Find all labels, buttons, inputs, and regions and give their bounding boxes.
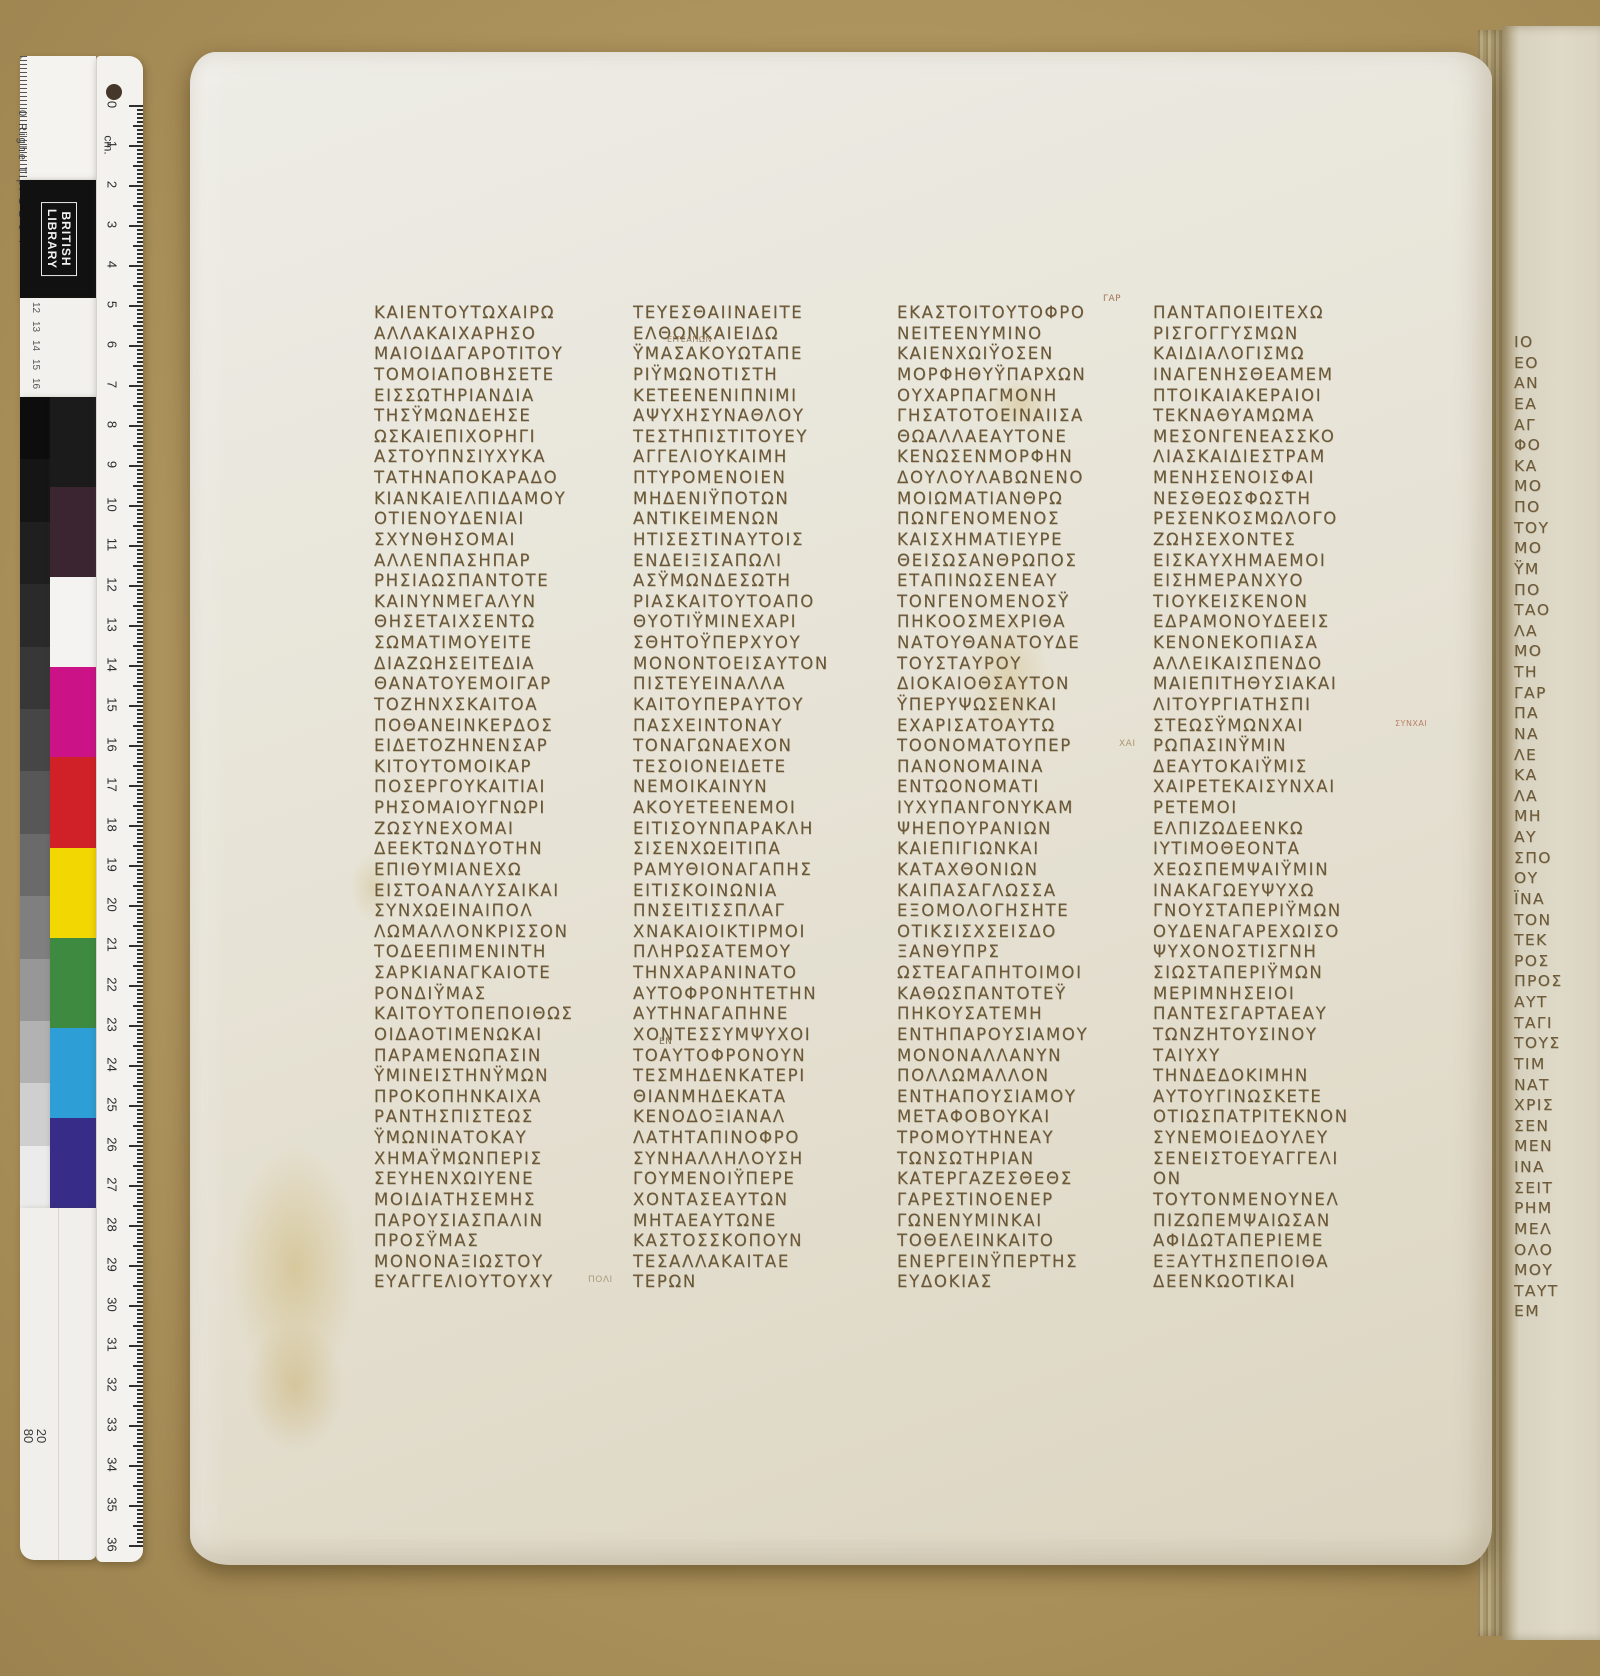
manuscript-line: ΓΟΥΜΕΝΟΙΫΠΕΡΕ [633, 1169, 895, 1190]
ruler-tick [137, 297, 143, 299]
ruler-tick [137, 1393, 143, 1395]
ruler-tick [137, 149, 143, 151]
ruler-tick [137, 1401, 143, 1403]
ruler-tick [133, 405, 143, 407]
ruler-tick [133, 605, 143, 607]
ruler-tick [137, 361, 143, 363]
manuscript-line: ΗΤΙΣΕΣΤΙΝΑΥΤΟΙΣ [633, 530, 895, 551]
ruler-tick [133, 1445, 143, 1447]
manuscript-line: ΟΥΔΕΝΑΓΑΡΕΧΩΙΣΟ [1153, 922, 1415, 943]
manuscript-line: ΚΕΝΟΔΟΞΙΑΝΑΛ [633, 1107, 895, 1128]
manuscript-line: ΔΙΟΚΑΙΟΘΣΑΥΤΟΝ [897, 674, 1159, 695]
cm-number: 6 [105, 334, 120, 356]
ruler-tick [137, 1129, 143, 1131]
ruler-tick [137, 269, 143, 271]
ruler-tick [133, 1125, 143, 1127]
ruler-tick [137, 389, 143, 391]
manuscript-line: ΙΝΑΓΕΝΗΣΘΕΑΜΕΜ [1153, 365, 1415, 386]
manuscript-line: ΤΗΝΔΕΔΟΚΙΜΗΝ [1153, 1066, 1415, 1087]
ruler-tick [137, 549, 143, 551]
ruler-tick [137, 257, 143, 259]
ruler-tick [137, 281, 143, 283]
manuscript-line: ΣΥΝΗΑΛΛΗΛΟΥΣΗ [633, 1149, 895, 1170]
ruler-tick [137, 1037, 143, 1039]
manuscript-line: ΕΙΔΕΤΟΖΗΝΕΝΣΑΡ [374, 736, 636, 757]
ruler-tick [129, 905, 143, 907]
grayscale-step [20, 397, 50, 459]
marginal-annotation: ΓΑΡ [1103, 294, 1121, 304]
color-patch-indigo [50, 1118, 97, 1208]
ruler-tick [137, 1449, 143, 1451]
manuscript-line: ΧΑΙΡΕΤΕΚΑΙΣΥΝΧΑΙ [1153, 777, 1415, 798]
ruler-tick [129, 1265, 143, 1267]
manuscript-line: ΚΑΙΔΙΑΛΟΓΙΣΜΩ [1153, 344, 1415, 365]
ruler-tick [137, 857, 143, 859]
ruler-tick [137, 501, 143, 503]
ruler-tick [137, 1469, 143, 1471]
manuscript-line: ΤΗ [1514, 662, 1600, 683]
ruler-tick [137, 933, 143, 935]
mini-ruler-mid: 1213141516 [20, 298, 96, 397]
ruler-tick [137, 1501, 143, 1503]
ruler-tick [137, 1413, 143, 1415]
ruler-tick [133, 165, 143, 167]
ruler-tick [137, 737, 143, 739]
manuscript-line: ΡΕΤΕΜΟΙ [1153, 798, 1415, 819]
ruler-tick [137, 177, 143, 179]
ruler-tick [137, 1273, 143, 1275]
ruler-tick [137, 229, 143, 231]
manuscript-line: ΠΤΥΡΟΜΕΝΟΙΕΝ [633, 468, 895, 489]
ruler-tick [137, 1293, 143, 1295]
manuscript-line: ΛΑΤΗΤΑΠΙΝΟΦΡΟ [633, 1128, 895, 1149]
cm-number: 13 [105, 614, 120, 636]
ruler-tick [137, 609, 143, 611]
cm-number: 11 [105, 534, 120, 556]
manuscript-line: ΕΜ [1514, 1301, 1600, 1322]
ruler-tick [137, 1097, 143, 1099]
marginal-annotation: ΧΑΙ [1119, 739, 1135, 749]
manuscript-line: ΤΗΝΧΑΡΑΝΙΝΑΤΟ [633, 963, 895, 984]
cm-number: 25 [105, 1094, 120, 1116]
manuscript-line: ΣΠΟ [1514, 848, 1600, 869]
manuscript-line: ΕΝΤΩΟΝΟΜΑΤΙ [897, 777, 1159, 798]
ruler-tick [137, 557, 143, 559]
ruler-tick [137, 1493, 143, 1495]
ruler-tick [137, 197, 143, 199]
ruler-tick [137, 421, 143, 423]
manuscript-line: ΣΙΩΣΤΑΠΕΡΙΫΜΩΝ [1153, 963, 1415, 984]
ruler-tick [133, 725, 143, 727]
ruler-tick [137, 473, 143, 475]
ruler-tick [137, 329, 143, 331]
ruler-tick [133, 1005, 143, 1007]
ruler-tick [137, 1313, 143, 1315]
ruler-tick [129, 1545, 143, 1547]
ruler-tick [137, 497, 143, 499]
manuscript-line: ΙΝΑΚΑΓΩΕΥΨΥΧΩ [1153, 881, 1415, 902]
ruler-tick [137, 337, 143, 339]
manuscript-line: ΠΤΟΙΚΑΙΑΚΕΡΑΙΟΙ [1153, 386, 1415, 407]
ruler-tick [137, 1521, 143, 1523]
ruler-tick [137, 157, 143, 159]
cm-number: 36 [105, 1534, 120, 1556]
grayscale-step [20, 1083, 50, 1145]
ruler-tick [137, 793, 143, 795]
ruler-tick [137, 913, 143, 915]
cm-number: 3 [105, 214, 120, 236]
ruler-tick [137, 569, 143, 571]
cm-number: 35 [105, 1494, 120, 1516]
ruler-tick [129, 305, 143, 307]
ruler-tick [137, 1253, 143, 1255]
ruler-tick [137, 433, 143, 435]
manuscript-line: ΤΟΝ [1514, 910, 1600, 931]
manuscript-line: ΕΙΣΤΟΑΝΑΛΥΣΑΙΚΑΙ [374, 881, 636, 902]
ruler-tick [137, 261, 143, 263]
manuscript-line: ΤΕΣΤΗΠΙΣΤΙΤΟΥΕΥ [633, 427, 895, 448]
ruler-tick [133, 925, 143, 927]
manuscript-line: ΑΥΤΗΝΑΓΑΠΗΝΕ [633, 1004, 895, 1025]
ruler-tick [137, 1141, 143, 1143]
manuscript-line: ΚΑΙΕΠΙΓΙΩΝΚΑΙ [897, 839, 1159, 860]
ruler-tick [129, 465, 143, 467]
cm-number: 10 [105, 494, 120, 516]
ruler-tick [137, 173, 143, 175]
manuscript-line: ΤΗΣΫΜΩΝΔΕΗΣΕ [374, 406, 636, 427]
manuscript-line: ΟΙΔΑΟΤΙΜΕΝΩΚΑΙ [374, 1025, 636, 1046]
ruler-tick [129, 1465, 143, 1467]
manuscript-line: ΜΟΝΟΝΤΟΕΙΣΑΥΤΟΝ [633, 654, 895, 675]
ruler-tick [129, 545, 143, 547]
ruler-tick [137, 909, 143, 911]
ruler-tick [133, 525, 143, 527]
manuscript-line: ΕΔΡΑΜΟΝΟΥΔΕΕΙΣ [1153, 612, 1415, 633]
ruler-tick [137, 1353, 143, 1355]
ruler-tick [137, 437, 143, 439]
manuscript-line: ΤΕΣΜΗΔΕΝΚΑΤΕΡΙ [633, 1066, 895, 1087]
manuscript-line: ΧΗΜΑΫΜΩΝΠΕΡΙΣ [374, 1149, 636, 1170]
grayscale-step [20, 522, 50, 584]
mini-ruler-number: 15 [30, 359, 41, 370]
manuscript-line: ΘΩΑΛΛΑΕΑΥΤΟΝΕ [897, 427, 1159, 448]
manuscript-line: ΚΕΝΟΝΕΚΟΠΙΑΣΑ [1153, 633, 1415, 654]
manuscript-line: ΫΜΙΝΕΙΣΤΗΝΫΜΩΝ [374, 1066, 636, 1087]
ruler-tick [137, 441, 143, 443]
manuscript-line: ΟΤΙΕΝΟΥΔΕΝΙΑΙ [374, 509, 636, 530]
manuscript-line: ΡΗΣΙΑΩΣΠΑΝΤΟΤΕ [374, 571, 636, 592]
ruler-tick [137, 617, 143, 619]
ruler-tick [137, 921, 143, 923]
manuscript-line: ΕΚΑΣΤΟΙΤΟΥΤΟΦΡΟ [897, 303, 1159, 324]
ruler-tick [137, 601, 143, 603]
ruler-tick [137, 821, 143, 823]
ruler-tick [133, 245, 143, 247]
ruler-tick [137, 1073, 143, 1075]
ruler-tick [137, 829, 143, 831]
mini-ruler-number: 13 [30, 321, 41, 332]
ruler-tick [137, 453, 143, 455]
ruler-tick [137, 997, 143, 999]
cm-number: 1 [105, 134, 120, 156]
ruler-tick [137, 1473, 143, 1475]
ruler-tick [137, 481, 143, 483]
ruler-tick [137, 413, 143, 415]
ruler-tick [137, 357, 143, 359]
ruler-tick [137, 289, 143, 291]
manuscript-line: ΕΤΑΠΙΝΩΣΕΝΕΑΥ [897, 571, 1159, 592]
ruler-tick [129, 585, 143, 587]
manuscript-line: ΩΣΚΑΙΕΠΙΧΟΡΗΓΙ [374, 427, 636, 448]
manuscript-line: ΤΕΣΑΛΛΑΚΑΙΤΑΕ [633, 1252, 895, 1273]
manuscript-line: ΖΩΣΥΝΕΧΟΜΑΙ [374, 819, 636, 840]
ruler-tick [137, 1497, 143, 1499]
ruler-tick [137, 901, 143, 903]
ruler-tick [137, 1301, 143, 1303]
manuscript-line: ΓΝΟΥΣΤΑΠΕΡΙΫΜΩΝ [1153, 901, 1415, 922]
ruler-tick [137, 861, 143, 863]
ruler-tick [137, 833, 143, 835]
manuscript-line: ΣΘΗΤΟΫΠΕΡΧΥΟΥ [633, 633, 895, 654]
ruler-tick [137, 693, 143, 695]
ruler-tick [137, 973, 143, 975]
manuscript-line: ΜΗΤΑΕΑΥΤΩΝΕ [633, 1211, 895, 1232]
manuscript-line: ΔΕΕΚΤΩΝΔΥΟΤΗΝ [374, 839, 636, 860]
manuscript-line: ΚΑΙΠΑΣΑΓΛΩΣΣΑ [897, 881, 1159, 902]
british-library-tab: BRITISH LIBRARY [20, 180, 98, 298]
ruler-tick [137, 397, 143, 399]
ruler-tick [129, 785, 143, 787]
manuscript-line: ΠΟΛΛΩΜΑΛΛΟΝ [897, 1066, 1159, 1087]
ruler-tick [133, 1405, 143, 1407]
manuscript-line: ΧΡΙΣ [1514, 1095, 1600, 1116]
manuscript-line: ΤΩΝΣΩΤΗΡΙΑΝ [897, 1149, 1159, 1170]
ruler-tick [137, 1289, 143, 1291]
ruler-tick [137, 1029, 143, 1031]
manuscript-line: ΣΕΝ [1514, 1116, 1600, 1137]
ruler-tick [137, 1333, 143, 1335]
ruler-tick [137, 701, 143, 703]
manuscript-line: ΠΡΟΣ [1514, 971, 1600, 992]
ruler-tick [137, 597, 143, 599]
ruler-tick [137, 753, 143, 755]
ruler-tick [137, 573, 143, 575]
grayscale-step [20, 459, 50, 521]
ruler-tick [137, 773, 143, 775]
cm-number: 4 [105, 254, 120, 276]
manuscript-line: ΤΩΝΖΗΤΟΥΣΙΝΟΥ [1153, 1025, 1415, 1046]
cm-number: 24 [105, 1054, 120, 1076]
ruler-tick [137, 709, 143, 711]
manuscript-line: ΠΙΣΤΕΥΕΙΝΑΛΛΑ [633, 674, 895, 695]
manuscript-line: ΤΡΟΜΟΥΤΗΝΕΑΥ [897, 1128, 1159, 1149]
ruler-tick [137, 561, 143, 563]
ruler-tick [137, 613, 143, 615]
ruler-tick [137, 213, 143, 215]
ruler-tick [137, 121, 143, 123]
manuscript-line: ΤΙΜ [1514, 1054, 1600, 1075]
manuscript-line: ΣΕΝΕΙΣΤΟΕΥΑΓΓΕΛΙ [1153, 1149, 1415, 1170]
ruler-tick [137, 317, 143, 319]
marginal-annotation: ΕΝ [659, 1037, 672, 1047]
manuscript-line: ΛΩΜΑΛΛΟΝΚΡΙΣΣΟΝ [374, 922, 636, 943]
manuscript-line: ΧΕΩΣΠΕΜΨΑΙΫΜΙΝ [1153, 860, 1415, 881]
manuscript-line: ΠΝΣΕΙΤΙΣΣΠΛΑΓ [633, 901, 895, 922]
ruler-tick [137, 801, 143, 803]
ruler-tick [133, 1285, 143, 1287]
manuscript-line: ΜΟ [1514, 538, 1600, 559]
manuscript-line: ΟΥ [1514, 868, 1600, 889]
ruler-tick [137, 733, 143, 735]
manuscript-line: ΠΗΚΟΥΣΑΤΕΜΗ [897, 1004, 1159, 1025]
ruler-tick [137, 221, 143, 223]
grayscale-step [20, 584, 50, 646]
ruler-tick [129, 505, 143, 507]
ruler-tick [133, 685, 143, 687]
manuscript-line: ΑΝ [1514, 373, 1600, 394]
ruler-tick [137, 1321, 143, 1323]
manuscript-line: ΜΗΔΕΝΙΫΠΟΤΩΝ [633, 489, 895, 510]
ruler-tick [137, 113, 143, 115]
ruler-tick [137, 1541, 143, 1543]
manuscript-line: ΙΟ [1514, 332, 1600, 353]
marginal-annotation: ΠΟΛΙ [588, 1275, 613, 1285]
manuscript-line: ΦΟ [1514, 435, 1600, 456]
manuscript-line: ΡΙΑΣΚΑΙΤΟΥΤΟΑΠΟ [633, 592, 895, 613]
manuscript-line: ΠΟΘΑΝΕΙΝΚΕΡΔΟΣ [374, 716, 636, 737]
manuscript-line: ΑΥΤΟΦΡΟΝΗΤΕΤΗΝ [633, 984, 895, 1005]
ruler-tick [133, 765, 143, 767]
ruler-tick [137, 457, 143, 459]
manuscript-line: ΟΥΧΑΡΠΑΓΜΟΝΗ [897, 386, 1159, 407]
ruler-tick [137, 1517, 143, 1519]
ruler-tick [137, 1337, 143, 1339]
ruler-tick [137, 1233, 143, 1235]
ruler-tick [137, 697, 143, 699]
manuscript-line: ΖΩΗΣΕΧΟΝΤΕΣ [1153, 530, 1415, 551]
manuscript-line: ΜΟ [1514, 476, 1600, 497]
manuscript-line: ΤΟΝΓΕΝΟΜΕΝΟΣΫ [897, 592, 1159, 613]
manuscript-line: ΕΟ [1514, 353, 1600, 374]
color-patch-yellow [50, 848, 97, 938]
ruler-tick [129, 1505, 143, 1507]
text-column-2: ΤΕΥΕΣΘΑΙΙΝΑΕΙΤΕΕΛΘΩΝΚΑΙΕΙΔΩΫΜΑΣΑΚΟΥΩΤΑΠΕ… [633, 303, 895, 1293]
ruler-tick [137, 1397, 143, 1399]
ruler-tick [129, 665, 143, 667]
manuscript-line: ΕΛΠΙΖΩΔΕΕΝΚΩ [1153, 819, 1415, 840]
ruler-tick [137, 237, 143, 239]
ruler-tick [137, 1281, 143, 1283]
cm-number: 14 [105, 654, 120, 676]
ruler-tick [137, 941, 143, 943]
manuscript-line: ΠΑ [1514, 703, 1600, 724]
manuscript-line: ΑΣΤΟΥΠΝΣΙΥΧΥΚΑ [374, 447, 636, 468]
ruler-tick [133, 365, 143, 367]
marginal-annotation: ΕΙΤΕΑΠΩΝ [667, 335, 712, 344]
marginal-annotation: ΣΥΝΧΑΙ [1395, 719, 1427, 728]
manuscript-line: ΝΕΜΟΙΚΑΙΝΥΝ [633, 777, 895, 798]
manuscript-line: ΑΛΛΕΝΠΑΣΗΠΑΡ [374, 551, 636, 572]
manuscript-line: ΫΜ [1514, 559, 1600, 580]
ruler-tick [137, 769, 143, 771]
manuscript-line: ΤΑΤΗΝΑΠΟΚΑΡΑΔΟ [374, 468, 636, 489]
cm-number: 32 [105, 1374, 120, 1396]
manuscript-line: ΜΕΣΟΝΓΕΝΕΑΣΣΚΟ [1153, 427, 1415, 448]
ruler-tick [129, 745, 143, 747]
manuscript-line: ΜΕΡΙΜΝΗΣΕΙΟΙ [1153, 984, 1415, 1005]
manuscript-line: ΡΕΣΕΝΚΟΣΜΩΛΟΓΟ [1153, 509, 1415, 530]
ruler-tick [137, 813, 143, 815]
color-patch-black [50, 397, 97, 487]
manuscript-line: ΕΝΤΗΑΠΟΥΣΙΑΜΟΥ [897, 1087, 1159, 1108]
manuscript-line: ΠΗΚΟΟΣΜΕΧΡΙΘΑ [897, 612, 1159, 633]
manuscript-line: ΚΑ [1514, 456, 1600, 477]
manuscript-line: ΜΟΙΩΜΑΤΙΑΝΘΡΩ [897, 489, 1159, 510]
manuscript-line: ΚΙΤΟΥΤΟΜΟΙΚΑΡ [374, 757, 636, 778]
ruler-tick [137, 673, 143, 675]
manuscript-line: ΜΟΡΦΗΘΥΫΠΑΡΧΩΝ [897, 365, 1159, 386]
cm-number: 12 [105, 574, 120, 596]
manuscript-line: ΑΥΤΟΥΓΙΝΩΣΚΕΤΕ [1153, 1087, 1415, 1108]
ruler-tick [137, 881, 143, 883]
ruler-tick [137, 1369, 143, 1371]
card-divider-line [58, 1208, 59, 1560]
ruler-tick [137, 853, 143, 855]
manuscript-line: ΚΙΑΝΚΑΙΕΛΠΙΔΑΜΟΥ [374, 489, 636, 510]
manuscript-line: ΚΑΙΤΟΥΠΕΡΑΥΤΟΥ [633, 695, 895, 716]
grayscale-step [20, 709, 50, 771]
manuscript-line: ΕΑ [1514, 394, 1600, 415]
color-patch-magenta [50, 667, 97, 757]
manuscript-line: ΔΙΑΖΩΗΣΕΙΤΕΔΙΑ [374, 654, 636, 675]
ruler-tick [137, 409, 143, 411]
ruler-tick [129, 385, 143, 387]
ruler-tick [137, 757, 143, 759]
ruler-tick [137, 1033, 143, 1035]
manuscript-line: ΚΕΝΩΣΕΝΜΟΡΦΗΝ [897, 447, 1159, 468]
manuscript-line: ΕΠΙΘΥΜΙΑΝΕΧΩ [374, 860, 636, 881]
manuscript-line: ΜΟΝΟΝΑΛΛΑΝΥΝ [897, 1046, 1159, 1067]
manuscript-line: ΜΗ [1514, 806, 1600, 827]
ruler-tick [137, 1181, 143, 1183]
ruler-tick [129, 865, 143, 867]
ruler-tick [137, 1013, 143, 1015]
ruler-tick [137, 1193, 143, 1195]
manuscript-line: ΑΥ [1514, 827, 1600, 848]
ruler-tick [137, 521, 143, 523]
ruler-tick [137, 781, 143, 783]
ruler-tick [137, 1213, 143, 1215]
ruler-tick [133, 445, 143, 447]
cm-number: 30 [105, 1294, 120, 1316]
ruler-tick [137, 517, 143, 519]
manuscript-line: ΠΟ [1514, 497, 1600, 518]
ruler-tick [137, 1277, 143, 1279]
manuscript-line: ΣΙΣΕΝΧΩΕΙΤΙΠΑ [633, 839, 895, 860]
ruler-tick [137, 961, 143, 963]
ruler-tick [137, 897, 143, 899]
ruler-tick [129, 345, 143, 347]
ruler-tick [137, 717, 143, 719]
ruler-tick [137, 1437, 143, 1439]
manuscript-line: ΑΝΤΙΚΕΙΜΕΝΩΝ [633, 509, 895, 530]
ruler-tick [129, 1345, 143, 1347]
ruler-tick [137, 129, 143, 131]
ruler-tick [137, 621, 143, 623]
manuscript-line: ΤΟΘΕΛΕΙΝΚΑΙΤΟ [897, 1231, 1159, 1252]
ruler-tick [137, 1533, 143, 1535]
cm-number: 28 [105, 1214, 120, 1236]
